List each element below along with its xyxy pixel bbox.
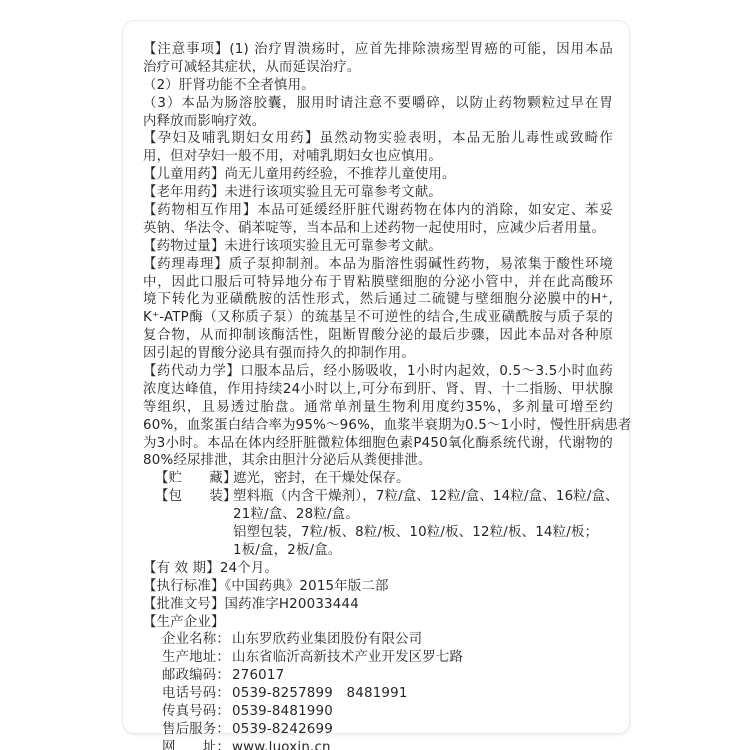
section-pharmacokinetics: 【药代动力学】口服本品后，经小肠吸收，1小时内起效，0.5～3.5小时血药 浓度… xyxy=(143,363,613,470)
section-standard: 【执行标准】《中国药典》2015年版二部 xyxy=(143,578,613,596)
section-pharmacology: 【药理毒理】质子泵抑制剂。本品为脂溶性弱碱性药物，易浓集于酸性环境 中，因此口服… xyxy=(143,256,613,363)
manufacturer-field-website: 网 址：www.luoxin.cn xyxy=(143,739,613,750)
section-precautions: 【注意事项】(1) 治疗胃溃疡时，应首先排除溃疡型胃癌的可能，因用本品 治疗可减… xyxy=(143,41,613,130)
section-label: 【注意事项】 xyxy=(143,42,229,57)
leaflet-content: 【注意事项】(1) 治疗胃溃疡时，应首先排除溃疡型胃癌的可能，因用本品 治疗可减… xyxy=(143,41,613,750)
section-label: 【有 效 期】 xyxy=(143,561,220,576)
section-label: 【药物相互作用】 xyxy=(143,203,257,218)
section-manufacturer: 【生产企业】 企业名称：山东罗欣药业集团股份有限公司 生产地址：山东省临沂高新技… xyxy=(143,614,613,750)
section-label: 【执行标准】 xyxy=(143,579,225,594)
section-label: 【药代动力学】 xyxy=(143,364,240,379)
section-label: 【老年用药】 xyxy=(143,185,225,200)
section-interactions: 【药物相互作用】本品可延缓经肝脏代谢药物在体内的消除，如安定、苯妥 英钠、华法令… xyxy=(143,202,613,238)
section-label: 【儿童用药】 xyxy=(143,167,225,182)
manufacturer-field-postcode: 邮政编码：276017 xyxy=(143,667,613,685)
section-approval-number: 【批准文号】国药准字H20033444 xyxy=(143,596,613,614)
manufacturer-field-fax: 传真号码：0539-8481990 xyxy=(143,703,613,721)
manufacturer-field-company-name: 企业名称：山东罗欣药业集团股份有限公司 xyxy=(143,631,613,649)
section-label: 【药物过量】 xyxy=(143,239,225,254)
manufacturer-field-service: 售后服务：0539-8242699 xyxy=(143,721,613,739)
section-label: 【批准文号】 xyxy=(143,597,225,612)
section-label: 【包 装】 xyxy=(155,488,233,506)
section-validity: 【有 效 期】24个月。 xyxy=(143,560,613,578)
section-overdose: 【药物过量】未进行该项实验且无可靠参考文献。 xyxy=(143,238,613,256)
section-storage: 【贮 藏】遮光，密封，在干燥处保存。 xyxy=(143,470,613,488)
section-label: 【药理毒理】 xyxy=(143,257,229,272)
section-children: 【儿童用药】尚无儿童用药经验，不推荐儿童使用。 xyxy=(143,166,613,184)
section-label: 【生产企业】 xyxy=(143,614,613,632)
manufacturer-field-phone: 电话号码：0539-8257899 8481991 xyxy=(143,685,613,703)
section-packaging: 【包 装】塑料瓶（内含干燥剂），7粒/盒、12粒/盒、14粒/盒、16粒/盒、 … xyxy=(143,488,613,560)
manufacturer-field-address: 生产地址：山东省临沂高新技术产业开发区罗七路 xyxy=(143,649,613,667)
section-label: 【孕妇及哺乳期妇女用药】 xyxy=(143,131,320,146)
section-label: 【贮 藏】 xyxy=(155,470,233,488)
section-elderly: 【老年用药】未进行该项实验且无可靠参考文献。 xyxy=(143,184,613,202)
section-pregnancy: 【孕妇及哺乳期妇女用药】虽然动物实验表明，本品无胎儿毒性或致畸作 用，但对孕妇一… xyxy=(143,130,613,166)
